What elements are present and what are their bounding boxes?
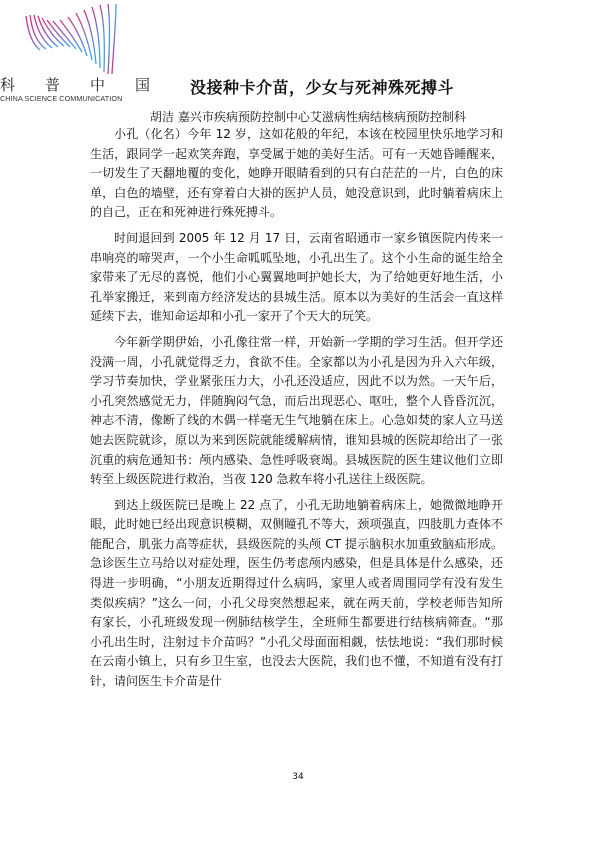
paragraph: 时间退回到 2005 年 12 月 17 日，云南省昭通市一家乡镇医院内传来一串… — [90, 229, 503, 327]
paragraph: 小孔（化名）今年 12 岁，这如花般的年纪，本该在校园里快乐地学习和生活，跟同学… — [90, 125, 503, 223]
article-title: 没接种卡介苗，少女与死神殊死搏斗 — [190, 75, 454, 98]
article-body: 小孔（化名）今年 12 岁，这如花般的年纪，本该在校园里快乐地学习和生活，跟同学… — [90, 125, 503, 698]
logo-english-text: CHINA SCIENCE COMMUNICATION — [0, 94, 122, 103]
page-number: 34 — [0, 772, 596, 782]
paragraph: 到达上级医院已是晚上 22 点了，小孔无助地躺着病床上，她微微地睁开眼，此时她已… — [90, 496, 503, 692]
paragraph: 今年新学期伊始，小孔像往常一样，开始新一学期的学习生活。但开学还没满一周，小孔就… — [90, 333, 503, 490]
logo-chinese-text: 科 普 中 国 — [0, 74, 150, 95]
author-byline: 胡洁 嘉兴市疾病预防控制中心艾滋病性病结核病预防控制科 — [150, 108, 466, 125]
china-science-communication-logo: 科 普 中 国 CHINA SCIENCE COMMUNICATION — [0, 0, 180, 105]
logo-wave-icon — [20, 2, 150, 77]
